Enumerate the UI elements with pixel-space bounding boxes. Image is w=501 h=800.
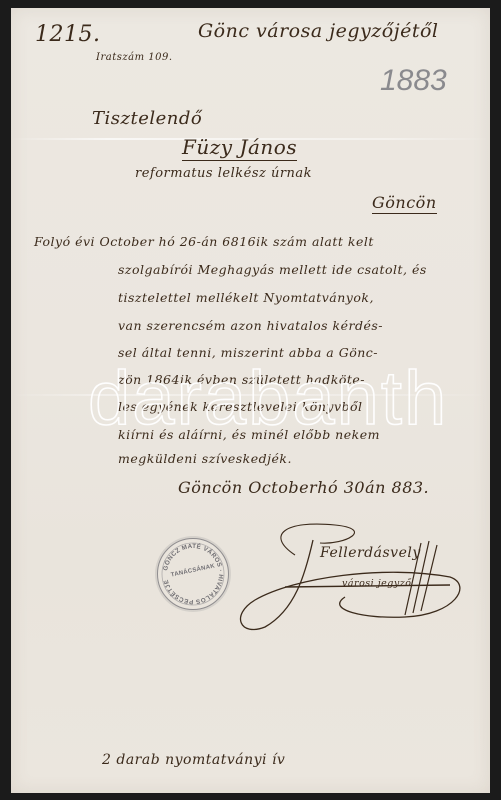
body-line-2: szolgabírói Meghagyás mellett ide csatol… — [118, 262, 427, 277]
body-line-9: megküldeni szíveskedjék. — [118, 451, 292, 466]
salutation: Tisztelendő — [92, 108, 202, 129]
registration-number: 1215. — [35, 22, 100, 47]
body-line-3: tisztelettel mellékelt Nyomtatványok, — [118, 290, 374, 305]
official-stamp: GÖNCZ MATÉ VÁROS · HIVATALOS PECSÉTJE TA… — [157, 538, 229, 610]
date-line: Göncön Octoberhó 30án 883. — [178, 478, 429, 497]
enclosure-note: 2 darab nyomtatványi ív — [102, 752, 285, 768]
addressee-place: Göncön — [372, 193, 437, 214]
addressee-name: Füzy János — [182, 135, 297, 161]
body-line-1: Folyó évi October hó 26-án 6816ik szám a… — [34, 234, 374, 249]
sender-line: Gönc városa jegyzőjétől — [198, 20, 439, 42]
body-line-4: van szerencsém azon hivatalos kérdés- — [118, 318, 383, 333]
signature-title: városi jegyző — [342, 578, 411, 589]
pencil-year-note: 1883 — [380, 64, 447, 98]
sub-reference: Iratszám 109. — [96, 52, 173, 63]
signature-name: Fellerdásvely — [320, 545, 421, 561]
darabanth-watermark: darabanth — [88, 355, 448, 442]
addressee-title: reformatus lelkész úrnak — [135, 166, 312, 181]
